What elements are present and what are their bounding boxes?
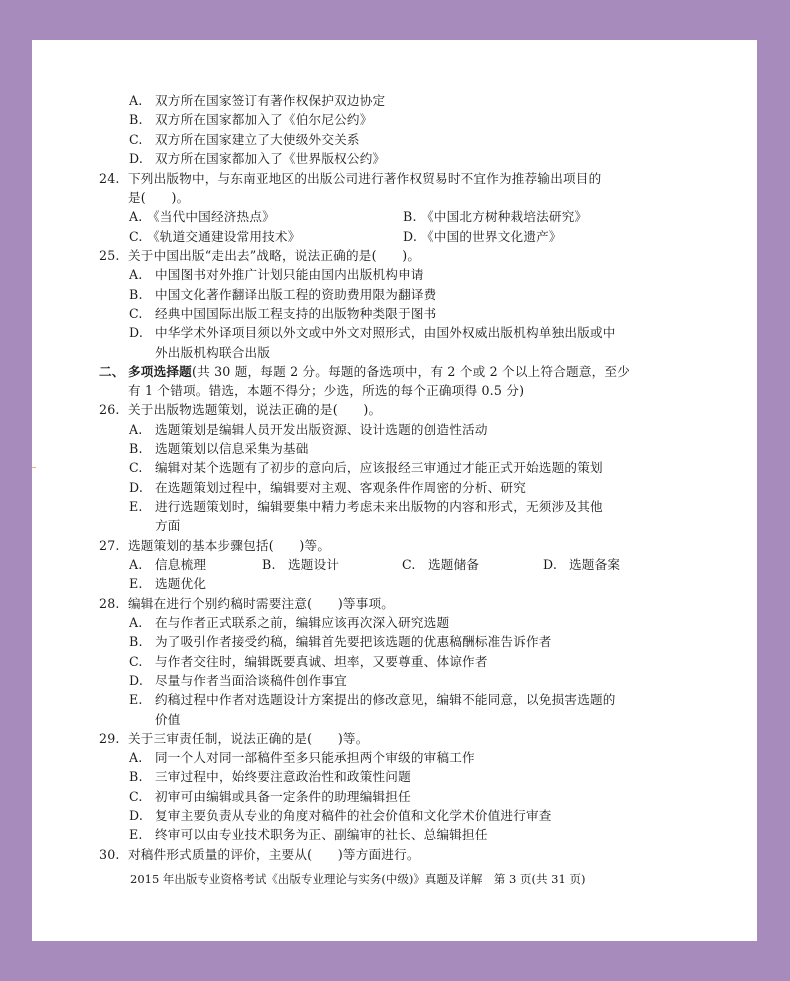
option-letter: B. (129, 632, 143, 651)
option-letter: A. (129, 265, 143, 284)
question-text: 是( )。 (128, 188, 189, 207)
option-text: 三审过程中，始终要注意政治性和政策性问题 (155, 767, 411, 786)
option-letter: B. (403, 207, 417, 226)
option-letter: D. (129, 671, 143, 690)
document-page: A. 双方所在国家签订有著作权保护双边协定 B. 双方所在国家都加入了《伯尔尼公… (32, 40, 757, 941)
question-number: 24. (99, 169, 120, 188)
option-text: 选题策划是编辑人员开发出版资源、设计选题的创造性活动 (155, 420, 488, 439)
question-text: 下列出版物中，与东南亚地区的出版公司进行著作权贸易时不宜作为推荐输出项目的 (128, 169, 601, 188)
option-text: 选题策划以信息采集为基础 (155, 439, 309, 458)
option-text: 为了吸引作者接受约稿，编辑首先要把该选题的优惠稿酬标准告诉作者 (155, 632, 552, 651)
option-letter: E. (129, 497, 143, 516)
question-number: 25. (99, 246, 120, 265)
option-text: 《当代中国经济热点》 (147, 207, 275, 226)
option-text: 双方所在国家签订有著作权保护双边协定 (155, 91, 385, 110)
option-letter: D. (129, 806, 143, 825)
option-letter: A. (129, 555, 143, 574)
option-text: 《中国北方树种栽培法研究》 (421, 207, 587, 226)
option-letter: B. (129, 110, 143, 129)
option-text: 价值 (155, 710, 181, 729)
option-letter: D. (403, 227, 417, 246)
option-text: 经典中国国际出版工程支持的出版物种类限于图书 (155, 304, 436, 323)
option-letter: A. (129, 613, 143, 632)
option-letter: A. (129, 91, 143, 110)
option-text: 在与作者正式联系之前，编辑应该再次深入研究选题 (155, 613, 449, 632)
question-text: 选题策划的基本步骤包括( )等。 (128, 536, 330, 555)
option-letter: C. (402, 555, 416, 574)
question-number: 29. (99, 729, 120, 748)
section-desc: 有 1 个错项。错选，本题不得分；少选，所选的每个正确项得 0.5 分) (128, 381, 524, 400)
option-text: 中国图书对外推广计划只能由国内出版机构申请 (155, 265, 424, 284)
option-text: 外出版机构联合出版 (155, 343, 270, 362)
section-desc: (共 30 题，每题 2 分。每题的备选项中，有 2 个或 2 个以上符合题意，… (192, 364, 630, 379)
option-letter: A. (129, 420, 143, 439)
option-text: 在选题策划过程中，编辑要对主观、客观条件作周密的分析、研究 (155, 478, 526, 497)
option-text: 中国文化著作翻译出版工程的资助费用限为翻译费 (155, 285, 436, 304)
option-letter: A. (129, 207, 143, 226)
question-number: 26. (99, 400, 120, 419)
option-text: 终审可以由专业技术职务为正、副编审的社长、总编辑担任 (155, 825, 488, 844)
option-text: 双方所在国家都加入了《世界版权公约》 (155, 149, 385, 168)
option-text: 选题备案 (569, 555, 620, 574)
option-text: 选题设计 (288, 555, 339, 574)
option-letter: D. (129, 149, 143, 168)
option-letter: D. (129, 478, 143, 497)
option-letter: D. (129, 323, 143, 342)
section-number: 二、 (99, 362, 125, 381)
option-text: 中华学术外译项目须以外文或中外文对照形式，由国外权威出版机构单独出版或中 (155, 323, 616, 342)
option-text: 初审可由编辑或具备一定条件的助理编辑担任 (155, 787, 411, 806)
question-number: 27. (99, 536, 120, 555)
option-text: 尽量与作者当面洽谈稿件创作事宜 (155, 671, 347, 690)
option-text: 复审主要负责从专业的角度对稿件的社会价值和文化学术价值进行审查 (155, 806, 552, 825)
option-text: 与作者交往时，编辑既要真诚、坦率，又要尊重、体谅作者 (155, 652, 488, 671)
question-number: 30. (99, 845, 120, 864)
option-text: 方面 (155, 516, 181, 535)
option-letter: E. (129, 690, 143, 709)
question-text: 对稿件形式质量的评价，主要从( )等方面进行。 (128, 845, 420, 864)
option-letter: D. (543, 555, 557, 574)
option-text: 双方所在国家建立了大使级外交关系 (155, 130, 360, 149)
option-letter: B. (129, 439, 143, 458)
option-letter: E. (129, 825, 143, 844)
option-letter: A. (129, 748, 143, 767)
option-letter: C. (129, 458, 143, 477)
question-number: 28. (99, 594, 120, 613)
question-text: 关于三审责任制，说法正确的是( )等。 (128, 729, 369, 748)
option-text: 信息梳理 (155, 555, 206, 574)
option-text: 选题储备 (428, 555, 479, 574)
question-text: 关于出版物选题策划，说法正确的是( )。 (128, 400, 381, 419)
question-text: 编辑在进行个别约稿时需要注意( )等事项。 (128, 594, 394, 613)
option-text: 编辑对某个选题有了初步的意向后，应该报经三审通过才能正式开始选题的策划 (155, 458, 603, 477)
option-text: 进行选题策划时，编辑要集中精力考虑未来出版物的内容和形式，无须涉及其他 (155, 497, 603, 516)
option-text: 《轨道交通建设常用技术》 (147, 227, 301, 246)
option-text: 选题优化 (155, 574, 206, 593)
option-letter: B. (129, 285, 143, 304)
option-text: 同一个人对同一部稿件至多只能承担两个审级的审稿工作 (155, 748, 475, 767)
option-text: 《中国的世界文化遗产》 (421, 227, 562, 246)
page-footer: 2015 年出版专业资格考试《出版专业理论与实务(中级)》真题及详解 第 3 页… (130, 870, 585, 888)
option-letter: B. (129, 767, 143, 786)
option-letter: B. (262, 555, 276, 574)
option-letter: E. (129, 574, 143, 593)
scan-mark (32, 467, 36, 468)
option-letter: C. (129, 304, 143, 323)
section-title: 多项选择题 (128, 364, 192, 379)
option-letter: C. (129, 787, 143, 806)
option-text: 双方所在国家都加入了《伯尔尼公约》 (155, 110, 373, 129)
option-letter: C. (129, 130, 143, 149)
option-text: 约稿过程中作者对选题设计方案提出的修改意见，编辑不能同意，以免损害选题的 (155, 690, 616, 709)
question-text: 关于中国出版“走出去”战略，说法正确的是( )。 (128, 246, 420, 265)
option-letter: C. (129, 227, 143, 246)
option-letter: C. (129, 652, 143, 671)
